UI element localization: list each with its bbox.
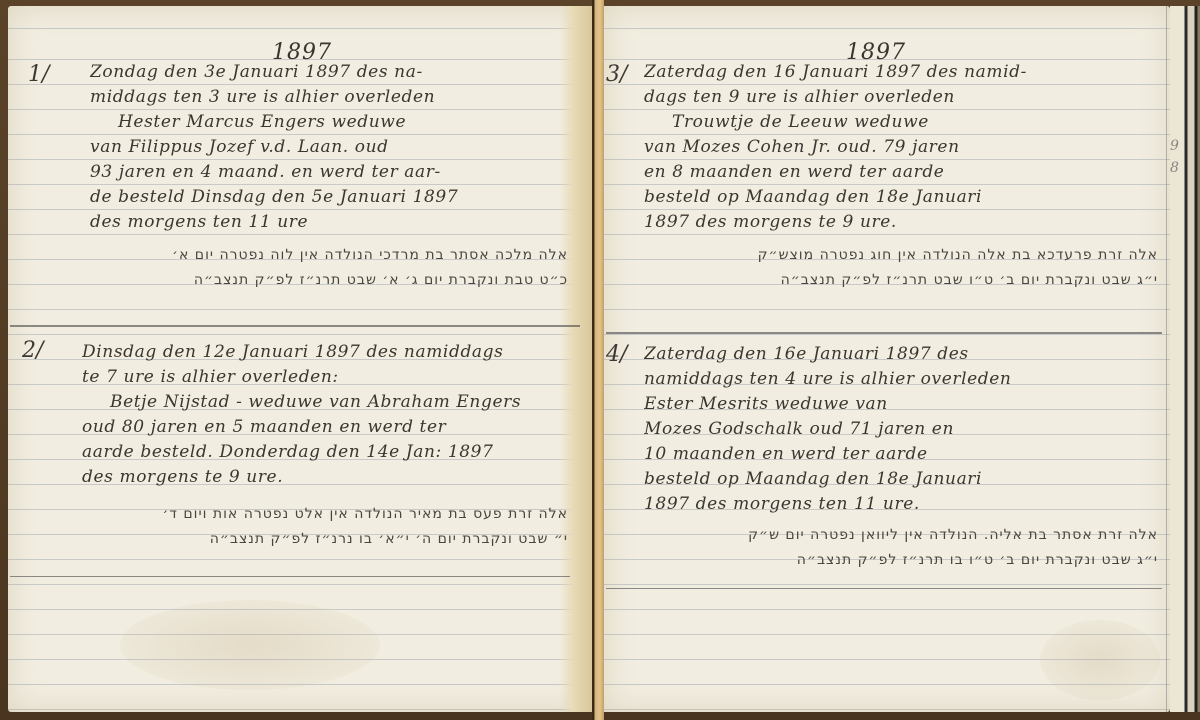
paper-stain xyxy=(120,600,380,690)
hebrew-line: אלה זרת אסתר בת אליה. הנולדה אין ליוואן … xyxy=(644,523,1158,548)
entry-line: middags ten 3 ure is alhier overleden xyxy=(90,85,568,110)
entry-divider xyxy=(606,332,1162,334)
register-entry-1: Zondag den 3e Januari 1897 des na- midda… xyxy=(90,60,568,293)
entry-divider xyxy=(10,325,580,327)
hebrew-line: כ״ט טבת ונקברת יום ג׳ א׳ שבט תרנ״ז לפ״ק … xyxy=(90,268,568,293)
entry-line: aarde besteld. Donderdag den 14e Jan: 18… xyxy=(82,440,568,465)
entry-divider xyxy=(10,576,570,577)
entry-line: besteld op Maandag den 18e Januari xyxy=(644,467,1158,492)
register-entry-3: Zaterdag den 16 Januari 1897 des namid- … xyxy=(644,60,1158,293)
book-spine xyxy=(592,0,604,720)
entry-number: 2/ xyxy=(22,338,43,363)
entry-line: 10 maanden en werd ter aarde xyxy=(644,442,1158,467)
entry-line: namiddags ten 4 ure is alhier overleden xyxy=(644,367,1158,392)
entry-line: des morgens te 9 ure. xyxy=(82,465,568,490)
paper-stain xyxy=(1040,620,1160,700)
entry-line: dags ten 9 ure is alhier overleden xyxy=(644,85,1158,110)
entry-line: Ester Mesrits weduwe van xyxy=(644,392,1158,417)
book-scan: 1897 1/ Zondag den 3e Januari 1897 des n… xyxy=(0,0,1200,720)
register-entry-4: Zaterdag den 16e Januari 1897 des namidd… xyxy=(644,342,1158,573)
register-entry-2: Dinsdag den 12e Januari 1897 des namidda… xyxy=(82,340,568,552)
margin-mark: 9 xyxy=(1170,138,1179,154)
entry-number: 3/ xyxy=(606,62,627,87)
entry-line: de besteld Dinsdag den 5e Januari 1897 xyxy=(90,185,568,210)
entry-line: van Filippus Jozef v.d. Laan. oud xyxy=(90,135,568,160)
entry-line: van Mozes Cohen Jr. oud. 79 jaren xyxy=(644,135,1158,160)
entry-line: Hester Marcus Engers weduwe xyxy=(90,110,568,135)
margin-mark: 8 xyxy=(1170,160,1179,176)
hebrew-line: אלה זרת פעס בת מאיר הנולדה אין אלט נפטרה… xyxy=(82,502,568,527)
entry-number: 4/ xyxy=(606,342,627,367)
entry-line: Trouwtje de Leeuw weduwe xyxy=(644,110,1158,135)
entry-line: 1897 des morgens ten 11 ure. xyxy=(644,492,1158,517)
hebrew-line: י״ שבט ונקברת יום ה׳ י״א׳ בו נרנ״ז לפ״ק … xyxy=(82,527,568,552)
entry-line: Zondag den 3e Januari 1897 des na- xyxy=(90,60,568,85)
hebrew-line: י״ג שבט ונקברת יום ב׳ ט״ו בו תרנ״ז לפ״ק … xyxy=(644,548,1158,573)
entry-line: des morgens ten 11 ure xyxy=(90,210,568,235)
entry-line: Zaterdag den 16e Januari 1897 des xyxy=(644,342,1158,367)
entry-line: Zaterdag den 16 Januari 1897 des namid- xyxy=(644,60,1158,85)
entry-line: te 7 ure is alhier overleden: xyxy=(82,365,568,390)
entry-number: 1/ xyxy=(28,62,49,87)
right-margin-line xyxy=(1166,6,1167,712)
hebrew-line: אלה מלכה אסתר בת מרדכי הנולדה אין לוה נפ… xyxy=(90,243,568,268)
entry-divider xyxy=(606,588,1162,589)
entry-line: besteld op Maandag den 18e Januari xyxy=(644,185,1158,210)
page-edges xyxy=(1170,6,1200,712)
entry-line: oud 80 jaren en 5 maanden en werd ter xyxy=(82,415,568,440)
hebrew-line: אלה זרת פרעדכא בת אלה הנולדה אין חוג נפט… xyxy=(644,243,1158,268)
entry-line: Betje Nijstad - weduwe van Abraham Enger… xyxy=(82,390,568,415)
entry-line: 93 jaren en 4 maand. en werd ter aar- xyxy=(90,160,568,185)
entry-line: Mozes Godschalk oud 71 jaren en xyxy=(644,417,1158,442)
entry-line: en 8 maanden en werd ter aarde xyxy=(644,160,1158,185)
entry-line: 1897 des morgens te 9 ure. xyxy=(644,210,1158,235)
hebrew-line: י״ג שבט ונקברת יום ב׳ ט״ו שבט תרנ״ז לפ״ק… xyxy=(644,268,1158,293)
entry-line: Dinsdag den 12e Januari 1897 des namidda… xyxy=(82,340,568,365)
